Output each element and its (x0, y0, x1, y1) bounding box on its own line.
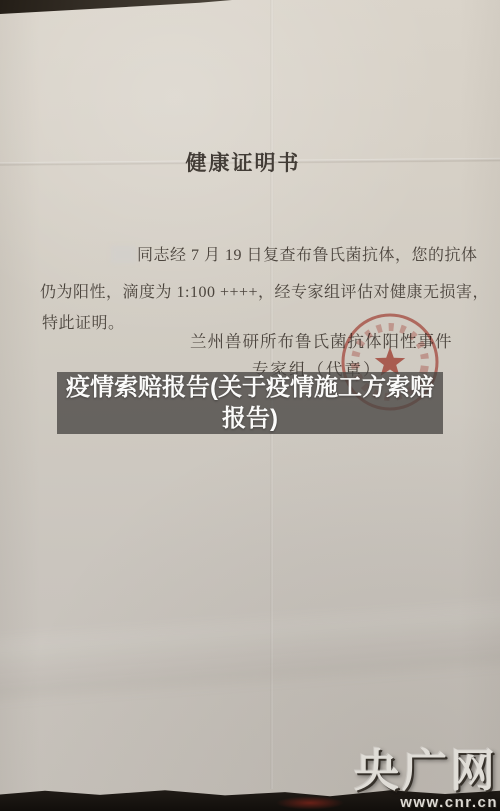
headline-text: 疫情索赔报告(关于疫情施工方索赔报告) (57, 372, 443, 434)
news-photo: 健康证明书 同志经 7 月 19 日复查布鲁氏菌抗体，您的抗体 仍为阳性，滴度为… (0, 0, 500, 811)
watermark-brand: 央广网 (354, 748, 498, 793)
headline-banner: 疫情索赔报告(关于疫情施工方索赔报告) (57, 372, 443, 434)
doc-body-line-1-text: 同志经 7 月 19 日复查布鲁氏菌抗体，您的抗体 (137, 247, 478, 264)
doc-body-line-1: 同志经 7 月 19 日复查布鲁氏菌抗体，您的抗体 (111, 242, 478, 265)
doc-body-line-2: 仍为阳性，滴度为 1:100 ++++，经专家组评估对健康无损害， (40, 279, 489, 302)
watermark-url: www.cnr.cn (354, 795, 498, 810)
doc-title: 健康证明书 (58, 147, 428, 177)
doc-body-line-3: 特此证明。 (42, 310, 125, 333)
watermark: 央广网 www.cnr.cn (354, 748, 498, 810)
redaction-blur (111, 246, 136, 263)
